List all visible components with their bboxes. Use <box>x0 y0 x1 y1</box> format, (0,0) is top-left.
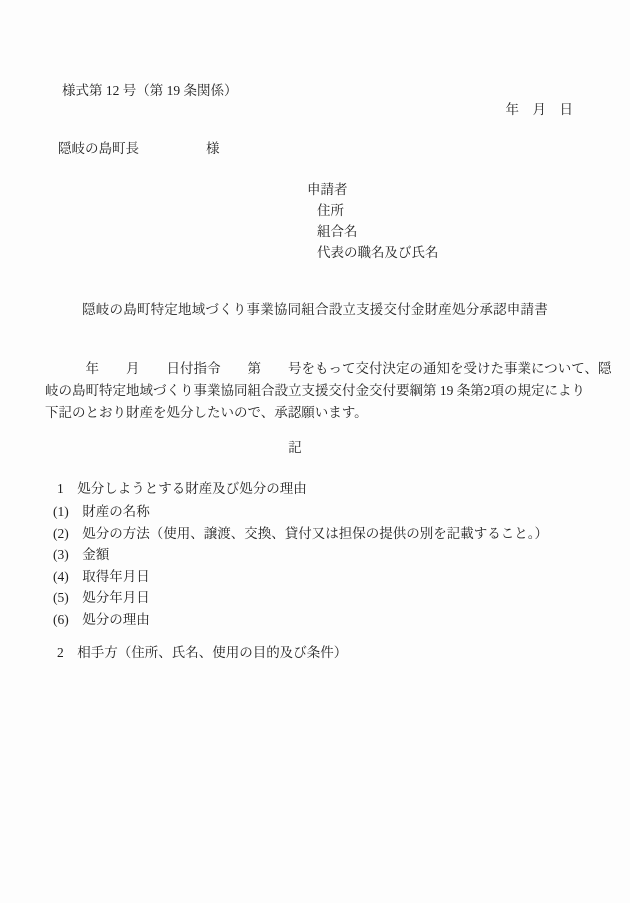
document-title: 隠岐の島町特定地域づくり事業協同組合設立支援交付金財産処分承認申請書 <box>0 301 630 319</box>
section-1-heading: 1 処分しようとする財産及び処分の理由 <box>57 480 307 498</box>
applicant-field-address: 住所 <box>307 200 439 221</box>
body-paragraph: 年 月 日付指令 第 号をもって交付決定の通知を受けた事業について、隠 岐の島町… <box>45 358 585 424</box>
applicant-field-representative: 代表の職名及び氏名 <box>307 242 439 263</box>
applicant-label: 申請者 <box>307 179 439 200</box>
body-paragraph-line-2: 岐の島町特定地域づくり事業協同組合設立支援交付金交付要綱第 19 条第2項の規定… <box>45 380 585 402</box>
section-1-items: (1) 財産の名称 (2) 処分の方法（使用、譲渡、交換、貸付又は担保の提供の別… <box>53 501 548 630</box>
applicant-field-association-name: 組合名 <box>307 221 439 242</box>
section-1-item-3: (3) 金額 <box>53 544 548 566</box>
section-1-item-6: (6) 処分の理由 <box>53 609 548 631</box>
applicant-block: 申請者 住所 組合名 代表の職名及び氏名 <box>307 179 439 263</box>
body-paragraph-line-3: 下記のとおり財産を処分したいので、承認願います。 <box>45 402 585 424</box>
body-paragraph-line-1: 年 月 日付指令 第 号をもって交付決定の通知を受けた事業について、隠 <box>45 358 585 380</box>
addressee-honorific: 様 <box>206 141 220 156</box>
document-page: 様式第 12 号（第 19 条関係） 年 月 日 隠岐の島町長様 申請者 住所 … <box>0 0 630 903</box>
record-marker: 記 <box>0 439 590 457</box>
addressee-name: 隠岐の島町長 <box>58 141 139 156</box>
form-number-label: 様式第 12 号（第 19 条関係） <box>62 82 238 100</box>
date-line: 年 月 日 <box>506 101 574 119</box>
section-1-item-5: (5) 処分年月日 <box>53 587 548 609</box>
section-1-item-4: (4) 取得年月日 <box>53 566 548 588</box>
section-1-item-2: (2) 処分の方法（使用、譲渡、交換、貸付又は担保の提供の別を記載すること。） <box>53 523 548 545</box>
addressee-line: 隠岐の島町長様 <box>58 140 220 158</box>
section-2-heading: 2 相手方（住所、氏名、使用の目的及び条件） <box>57 644 347 662</box>
section-1-item-1: (1) 財産の名称 <box>53 501 548 523</box>
